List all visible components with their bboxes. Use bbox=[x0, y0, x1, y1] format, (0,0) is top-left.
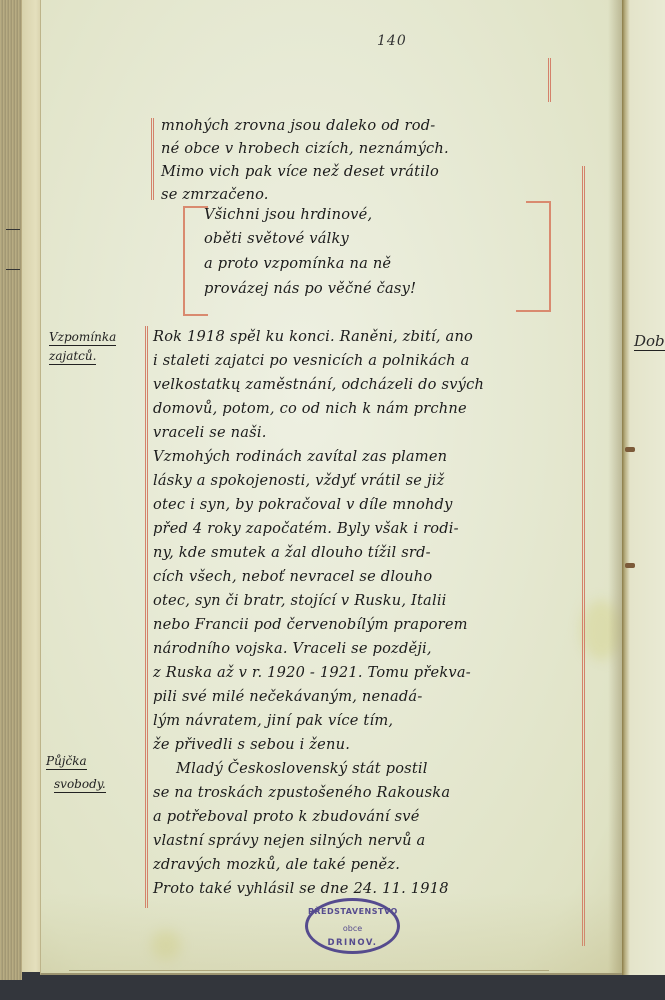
margin-tick bbox=[6, 269, 20, 270]
verse-bracket-left bbox=[183, 207, 185, 315]
gutter-shadow bbox=[608, 0, 622, 973]
margin-heading: Půjčka svobody. bbox=[46, 755, 106, 793]
verse-bracket-left-bottom bbox=[183, 314, 208, 316]
verse-bracket-right-top bbox=[526, 201, 551, 203]
text-line: se na troskách zpustošeného Rakouska bbox=[153, 785, 450, 801]
text-line: a potřeboval proto k zbudování své bbox=[153, 809, 420, 825]
text-line: otec i syn, by pokračoval v díle mnohdy bbox=[153, 497, 453, 513]
chronicle-page: 140 mnohých zrovna jsou daleko od rod- n… bbox=[40, 0, 622, 975]
verse-line: oběti světové války bbox=[204, 231, 349, 247]
binding-thread bbox=[625, 563, 635, 568]
stamp-text-top: PŘEDSTAVENSTVO bbox=[308, 907, 397, 916]
facing-page: Dob bbox=[622, 0, 665, 975]
text-line: cích všech, neboť nevracel se dlouho bbox=[153, 569, 432, 585]
official-stamp: PŘEDSTAVENSTVO obce DRINOV. bbox=[305, 898, 400, 954]
paper-stain bbox=[151, 930, 181, 960]
stamp-text-middle: obce bbox=[308, 924, 397, 933]
scan-background: 140 mnohých zrovna jsou daleko od rod- n… bbox=[0, 0, 665, 1000]
red-margin-rule bbox=[582, 166, 585, 946]
verse-line: provázej nás po věčné časy! bbox=[204, 281, 416, 297]
text-line: před 4 roky započatém. Byly však i rodi- bbox=[153, 521, 459, 537]
stamp-text-bottom: DRINOV. bbox=[308, 938, 397, 948]
book-page-stack bbox=[0, 0, 22, 980]
text-line: lým návratem, jiní pak více tím, bbox=[153, 713, 393, 729]
text-line: velkostatkų zaměstnání, odcházeli do svý… bbox=[153, 377, 484, 393]
margin-heading-line: Půjčka bbox=[46, 755, 87, 770]
text-line: Mimo vich pak více než deset vrátilo bbox=[161, 164, 439, 180]
text-line: vlastní správy nejen silných nervů a bbox=[153, 833, 425, 849]
red-margin-rule bbox=[151, 118, 154, 200]
text-line: Mladý Československý stát postil bbox=[176, 761, 428, 777]
text-line: zdravých mozků, ale také peněz. bbox=[153, 857, 400, 873]
text-line: pili své milé nečekávaným, nenadá- bbox=[153, 689, 422, 705]
red-margin-rule bbox=[548, 58, 551, 102]
verse-line: a proto vzpomínka na ně bbox=[204, 256, 391, 272]
text-line: nebo Francii pod červenobílým praporem bbox=[153, 617, 468, 633]
margin-heading-line: Vzpomínka bbox=[49, 331, 116, 346]
text-line: národního vojska. Vraceli se později, bbox=[153, 641, 432, 657]
margin-heading-line: svobody. bbox=[54, 778, 106, 793]
margin-tick bbox=[6, 229, 20, 230]
text-line: vraceli se naši. bbox=[153, 425, 267, 441]
verse-bracket-right-bottom bbox=[516, 310, 551, 312]
text-line: mnohých zrovna jsou daleko od rod- bbox=[161, 118, 435, 134]
margin-heading-line: zajatců. bbox=[49, 350, 96, 365]
margin-heading: Vzpomínka zajatců. bbox=[49, 331, 116, 365]
page-bottom-line bbox=[69, 970, 549, 971]
text-line: Rok 1918 spěl ku konci. Raněni, zbití, a… bbox=[153, 329, 473, 345]
red-margin-rule bbox=[145, 326, 148, 908]
facing-page-heading: Dob bbox=[634, 332, 665, 351]
text-line: né obce v hrobech cizích, neznámých. bbox=[161, 141, 449, 157]
text-line: se zmrzačeno. bbox=[161, 187, 269, 203]
text-line: ny, kde smutek a žal dlouho tížil srd- bbox=[153, 545, 431, 561]
page-number: 140 bbox=[377, 33, 407, 49]
text-line: domovů, potom, co od nich k nám prchne bbox=[153, 401, 467, 417]
binding-thread bbox=[625, 447, 635, 452]
text-line: i staleti zajatci po vesnicích a polniká… bbox=[153, 353, 470, 369]
verse-line: Všichni jsou hrdinové, bbox=[204, 207, 372, 223]
verse-bracket-right bbox=[549, 201, 551, 311]
text-line: otec, syn či bratr, stojící v Rusku, Ita… bbox=[153, 593, 447, 609]
text-line: že přivedli s sebou i ženu. bbox=[153, 737, 350, 753]
text-line: Vzmohých rodinách zavítal zas plamen bbox=[153, 449, 447, 465]
text-line: lásky a spokojenosti, vždyť vrátil se ji… bbox=[153, 473, 444, 489]
text-line: z Ruska až v r. 1920 - 1921. Tomu překva… bbox=[153, 665, 471, 681]
text-line: Proto také vyhlásil se dne 24. 11. 1918 bbox=[153, 881, 449, 897]
